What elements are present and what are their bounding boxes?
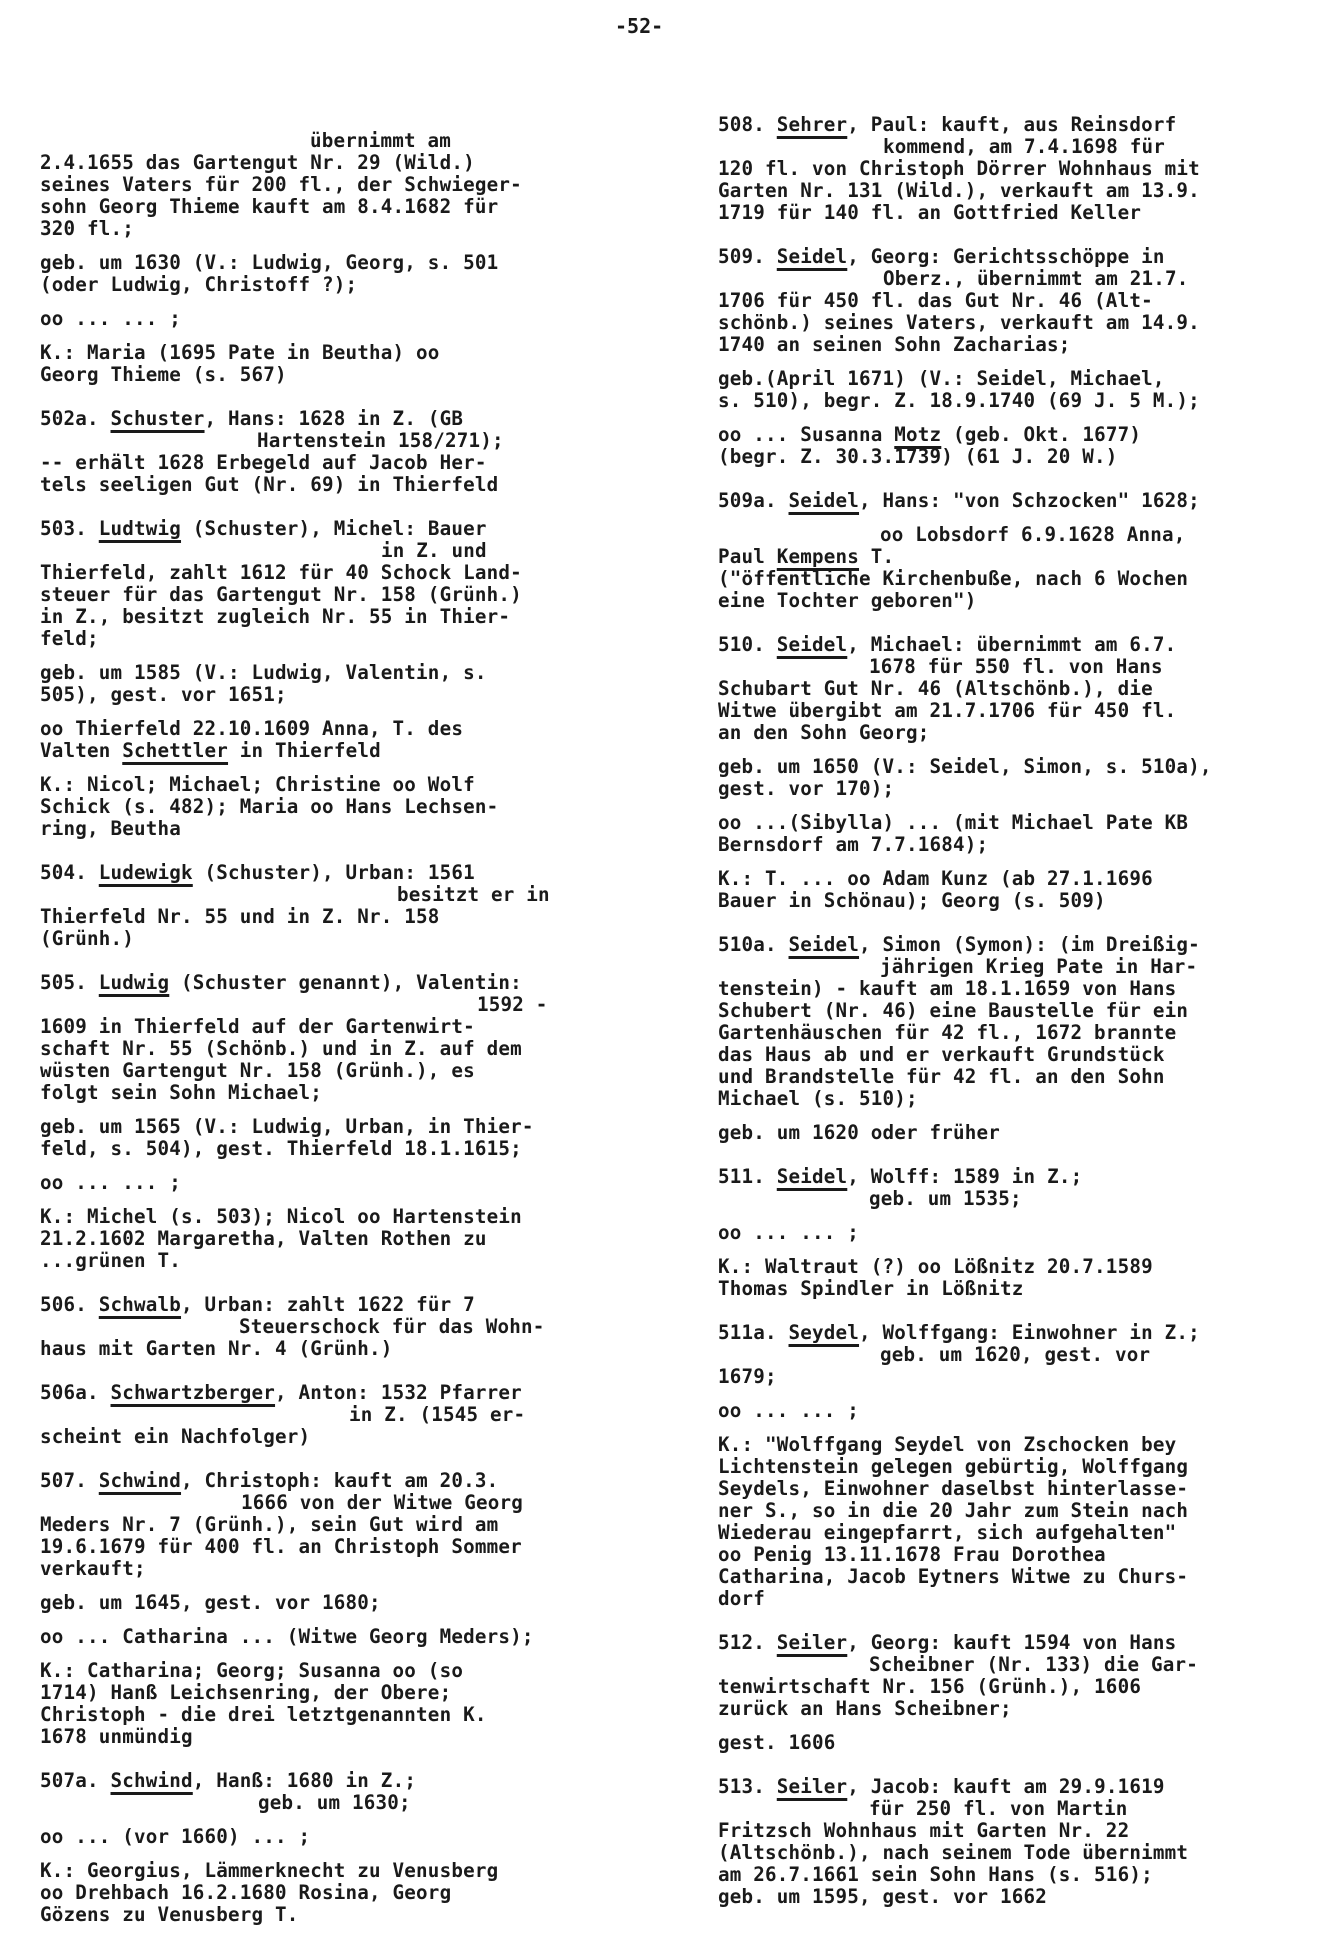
text-line: oo ... ... ; xyxy=(718,1400,859,1422)
text-line: geb. um 1630 (V.: Ludwig, Georg, s. 501 xyxy=(40,252,498,274)
text-line: geb. um 1650 (V.: Seidel, Simon, s. 510a… xyxy=(718,756,1212,778)
text-line: tenstein) - kauft am 18.1.1659 von Hans xyxy=(718,978,1176,1000)
text-line: 1714) Hanß Leichsenring, der Obere; xyxy=(40,1682,451,1704)
text-line: 1719 für 140 fl. an Gottfried Keller xyxy=(718,202,1141,224)
surname: Seidel xyxy=(777,1165,848,1188)
text-line: dorf xyxy=(718,1588,765,1610)
text-line: Oberz., übernimmt am 21.7. xyxy=(883,268,1189,290)
text-line: 21.2.1602 Margaretha, Valten Rothen zu xyxy=(40,1228,487,1250)
entry-text: , Georg: kauft 1594 von Hans xyxy=(847,1631,1176,1654)
entry-text: , Simon (Symon): (im Dreißig- xyxy=(859,933,1200,956)
text-line: Witwe übergibt am 21.7.1706 für 450 fl. xyxy=(718,700,1176,722)
text-line: in Z., besitzt zugleich Nr. 55 in Thier- xyxy=(40,606,510,628)
text-line: folgt sein Sohn Michael; xyxy=(40,1082,322,1104)
text-line: sohn Georg Thieme kauft am 8.4.1682 für xyxy=(40,196,498,218)
entry-number: 509a. xyxy=(718,489,789,512)
text-line: geb.(April 1671) (V.: Seidel, Michael, xyxy=(718,368,1165,390)
entry-number: 506a. xyxy=(40,1381,111,1404)
text-line: oo Penig 13.11.1678 Frau Dorothea xyxy=(718,1544,1106,1566)
text-line: tenwirtschaft Nr. 156 (Grünh.), 1606 xyxy=(718,1676,1141,1698)
text-line: am 26.7.1661 sein Sohn Hans (s. 516); xyxy=(718,1864,1153,1886)
surname: Schwind xyxy=(111,1769,193,1792)
text-line: für 250 fl. von Martin xyxy=(869,1798,1128,1820)
text-line: kommend, am 7.4.1698 für xyxy=(883,136,1165,158)
text-line: 1666 von der Witwe Georg xyxy=(241,1492,523,1514)
text-line: Georg Thieme (s. 567) xyxy=(40,364,287,386)
text-line: seines Vaters für 200 fl., der Schwieger… xyxy=(40,174,522,196)
text-line: (oder Ludwig, Christoff ?); xyxy=(40,274,357,296)
entry-number: 503. xyxy=(40,517,99,540)
text-line: oo Thierfeld 22.10.1609 Anna, T. des xyxy=(40,718,463,740)
text-line: 1678 unmündig xyxy=(40,1726,193,1748)
text-line: 120 fl. von Christoph Dörrer Wohnhaus mi… xyxy=(718,158,1200,180)
text-line: Schick (s. 482); Maria oo Hans Lechsen- xyxy=(40,796,498,818)
entry-number: 508. xyxy=(718,113,777,136)
text-line: geb. um 1595, gest. vor 1662 xyxy=(718,1886,1047,1908)
entry-number: 507a. xyxy=(40,1769,111,1792)
entry-text: , Christoph: kauft am 20.3. xyxy=(181,1469,498,1492)
text-line: feld, s. 504), gest. Thierfeld 18.1.1615… xyxy=(40,1138,522,1160)
entry-text: , Hans: 1628 in Z. (GB xyxy=(205,407,464,430)
text-line: Steuerschock für das Wohn- xyxy=(239,1316,545,1338)
text-line: 19.6.1679 für 400 fl. an Christoph Somme… xyxy=(40,1536,522,1558)
text-line: Thierfeld, zahlt 1612 für 40 Schock Land… xyxy=(40,562,522,584)
entry-text: (Schuster), Urban: 1561 xyxy=(193,861,475,884)
entry-number: 502a. xyxy=(40,407,111,430)
text-line: 1592 - xyxy=(477,994,548,1016)
entry-number: 507. xyxy=(40,1469,99,1492)
text-line: (Grünh.) xyxy=(40,928,134,950)
entry-heading: 506a. Schwartzberger, Anton: 1532 Pfarre… xyxy=(40,1382,522,1404)
text-line: oo ... Susanna Motz (geb. Okt. 1677) xyxy=(718,424,1141,446)
text-line: das Haus ab und er verkauft Grundstück xyxy=(718,1044,1165,1066)
entry-heading: 502a. Schuster, Hans: 1628 in Z. (GB xyxy=(40,408,463,430)
text-line: gest. 1606 xyxy=(718,1732,836,1754)
entry-text: (geb. Okt. 1677) xyxy=(941,423,1141,446)
surname: Seidel xyxy=(777,245,848,268)
text-line: oo ... ... ; xyxy=(40,308,181,330)
entry-heading: 511a. Seydel, Wolffgang: Einwohner in Z.… xyxy=(718,1322,1200,1344)
text-line: geb. um 1645, gest. vor 1680; xyxy=(40,1592,381,1614)
underlined-name: Motz xyxy=(894,423,941,446)
text-line: oo Drehbach 16.2.1680 Rosina, Georg xyxy=(40,1882,451,1904)
text-line: Christoph - die drei letztgenannten K. xyxy=(40,1704,487,1726)
text-line: 505), gest. vor 1651; xyxy=(40,684,287,706)
text-line: Schubert (Nr. 46) eine Baustelle für ein xyxy=(718,1000,1188,1022)
surname: Seidel xyxy=(777,633,848,656)
text-line: K.: Michel (s. 503); Nicol oo Hartenstei… xyxy=(40,1206,522,1228)
text-line: Bernsdorf am 7.7.1684); xyxy=(718,834,988,856)
text-line: steuer für das Gartengut Nr. 158 (Grünh.… xyxy=(40,584,522,606)
entry-number: 511. xyxy=(718,1165,777,1188)
text-line: oo Lobsdorf 6.9.1628 Anna, xyxy=(880,524,1186,546)
entry-heading: 512. Seiler, Georg: kauft 1594 von Hans xyxy=(718,1632,1176,1654)
text-line: Catharina, Jacob Eytners Witwe zu Churs- xyxy=(718,1566,1188,1588)
text-line: ner S., so in die 20 Jahr zum Stein nach xyxy=(718,1500,1188,1522)
entry-text: , Wolffgang: Einwohner in Z.; xyxy=(859,1321,1200,1344)
entry-text: (Schuster genannt), Valentin: xyxy=(169,971,522,994)
entry-heading: 503. Ludtwig (Schuster), Michel: Bauer xyxy=(40,518,487,540)
text-line: ...grünen T. xyxy=(40,1250,181,1272)
entry-text: (Schuster), Michel: Bauer xyxy=(181,517,487,540)
text-line: 2.4.1655 das Gartengut Nr. 29 (Wild.) xyxy=(40,152,475,174)
text-line: ("öffentliche Kirchenbuße, nach 6 Wochen xyxy=(718,568,1188,590)
text-line: (Altschönb.), nach seinem Tode übernimmt xyxy=(718,1842,1188,1864)
entry-text: , Anton: 1532 Pfarrer xyxy=(275,1381,522,1404)
entry-text: oo ... Susanna xyxy=(718,423,894,446)
surname: Seydel xyxy=(789,1321,860,1344)
text-line: Gartenhäuschen für 42 fl., 1672 brannte xyxy=(718,1022,1176,1044)
text-line: K.: T. ... oo Adam Kunz (ab 27.1.1696 xyxy=(718,868,1153,890)
entry-heading: 505. Ludwig (Schuster genannt), Valentin… xyxy=(40,972,522,994)
entry-heading: 513. Seiler, Jacob: kauft am 29.9.1619 xyxy=(718,1776,1165,1798)
text-line: geb. um 1585 (V.: Ludwig, Valentin, s. xyxy=(40,662,487,684)
entry-text: , Wolff: 1589 in Z.; xyxy=(847,1165,1082,1188)
text-line: Meders Nr. 7 (Grünh.), sein Gut wird am xyxy=(40,1514,498,1536)
text-line: geb. um 1535; xyxy=(869,1188,1022,1210)
text-line: K.: Waltraut (?) oo Lößnitz 20.7.1589 xyxy=(718,1256,1153,1278)
text-line: oo ...(Sibylla) ... (mit Michael Pate KB xyxy=(718,812,1188,834)
text-line: Fritzsch Wohnhaus mit Garten Nr. 22 xyxy=(718,1820,1129,1842)
surname: Seiler xyxy=(777,1775,848,1798)
entry-text: in Thierfeld xyxy=(228,739,381,762)
entry-heading: 509. Seidel, Georg: Gerichtsschöppe in xyxy=(718,246,1165,268)
text-line: Seydels, Einwohner daselbst hinterlasse- xyxy=(718,1478,1188,1500)
text-line: schönb.) seines Vaters, verkauft am 14.9… xyxy=(718,312,1200,334)
entry-text: T. xyxy=(859,545,894,568)
surname: Ludwig xyxy=(99,971,170,994)
text-line: Hartenstein 158/271); xyxy=(257,430,504,452)
text-line: in Z. (1545 er- xyxy=(349,1404,525,1426)
page-number: -52- xyxy=(615,14,663,38)
text-line: Michael (s. 510); xyxy=(718,1088,918,1110)
text-line: eine Tochter geboren") xyxy=(718,590,977,612)
surname: Schuster xyxy=(111,407,205,430)
text-line: Schubart Gut Nr. 46 (Altschönb.), die xyxy=(718,678,1153,700)
entry-heading: 508. Sehrer, Paul: kauft, aus Reinsdorf xyxy=(718,114,1176,136)
text-line: 1740 an seinen Sohn Zacharias; xyxy=(718,334,1071,356)
text-line: K.: Nicol; Michael; Christine oo Wolf xyxy=(40,774,475,796)
entry-text: , Jacob: kauft am 29.9.1619 xyxy=(847,1775,1164,1798)
text-line: schaft Nr. 55 (Schönb.) und in Z. auf de… xyxy=(40,1038,522,1060)
surname: Schwind xyxy=(99,1469,181,1492)
text-line: Valten Schettler in Thierfeld xyxy=(40,740,381,762)
surname: Seidel xyxy=(789,489,860,512)
surname: Schwalb xyxy=(99,1293,181,1316)
text-line: oo ... ... ; xyxy=(718,1222,859,1244)
entry-number: 509. xyxy=(718,245,777,268)
text-line: in Z. und xyxy=(381,540,487,562)
text-line: Scheibner (Nr. 133) die Gar- xyxy=(869,1654,1198,1676)
entry-heading: 504. Ludewigk (Schuster), Urban: 1561 xyxy=(40,862,475,884)
text-line: s. 510), begr. Z. 18.9.1740 (69 J. 5 M.)… xyxy=(718,390,1200,412)
surname: Sehrer xyxy=(777,113,848,136)
entry-number: 510a. xyxy=(718,933,789,956)
underlined-name: Schettler xyxy=(122,739,228,762)
text-line: K.: Georgius, Lämmerknecht zu Venusberg xyxy=(40,1860,498,1882)
text-line: jährigen Krieg Pate in Har- xyxy=(880,956,1197,978)
text-line: 1609 in Thierfeld auf der Gartenwirt- xyxy=(40,1016,475,1038)
text-line: -- erhält 1628 Erbegeld auf Jacob Her- xyxy=(40,452,487,474)
text-line: verkauft; xyxy=(40,1558,146,1580)
text-line: geb. um 1620 oder früher xyxy=(718,1122,1000,1144)
surname: Seidel xyxy=(789,933,860,956)
text-line: an den Sohn Georg; xyxy=(718,722,930,744)
entry-text: Paul xyxy=(718,545,777,568)
text-line: 1679; xyxy=(718,1366,777,1388)
entry-number: 511a. xyxy=(718,1321,789,1344)
text-line: geb. um 1630; xyxy=(258,1792,411,1814)
text-line: besitzt er in xyxy=(397,884,550,906)
entry-heading: 510. Seidel, Michael: übernimmt am 6.7. xyxy=(718,634,1176,656)
entry-heading: 510a. Seidel, Simon (Symon): (im Dreißig… xyxy=(718,934,1200,956)
text-line: haus mit Garten Nr. 4 (Grünh.) xyxy=(40,1338,393,1360)
text-line: K.: "Wolffgang Seydel von Zschocken bey xyxy=(718,1434,1176,1456)
entry-number: 504. xyxy=(40,861,99,884)
surname: Seiler xyxy=(777,1631,848,1654)
entry-number: 512. xyxy=(718,1631,777,1654)
text-line: geb. um 1620, gest. vor xyxy=(880,1344,1150,1366)
text-line: oo ... Catharina ... (Witwe Georg Meders… xyxy=(40,1626,534,1648)
text-line: 320 fl.; xyxy=(40,218,134,240)
text-line: Thomas Spindler in Lößnitz xyxy=(718,1278,1024,1300)
underlined-name: Kempens xyxy=(777,545,859,568)
surname: Ludewigk xyxy=(99,861,193,884)
entry-heading: 507a. Schwind, Hanß: 1680 in Z.; xyxy=(40,1770,416,1792)
entry-text: , Georg: Gerichtsschöppe in xyxy=(847,245,1164,268)
entry-text: , Paul: kauft, aus Reinsdorf xyxy=(847,113,1176,136)
text-line: K.: Maria (1695 Pate in Beutha) oo xyxy=(40,342,440,364)
text-line: oo ... (vor 1660) ... ; xyxy=(40,1826,310,1848)
text-line: Lichtenstein gelegen gebürtig, Wolffgang xyxy=(718,1456,1188,1478)
text-line: wüsten Gartengut Nr. 158 (Grünh.), es xyxy=(40,1060,475,1082)
text-line: Paul Kempens T. xyxy=(718,546,894,568)
text-line: Thierfeld Nr. 55 und in Z. Nr. 158 xyxy=(40,906,440,928)
text-line: scheint ein Nachfolger) xyxy=(40,1426,310,1448)
entry-number: 506. xyxy=(40,1293,99,1316)
entry-number: 510. xyxy=(718,633,777,656)
text-line: tels seeligen Gut (Nr. 69) in Thierfeld xyxy=(40,474,498,496)
surname: Ludtwig xyxy=(99,517,181,540)
text-line: Gözens zu Venusberg T. xyxy=(40,1904,299,1926)
entry-text: , Hanß: 1680 in Z.; xyxy=(193,1769,416,1792)
text-line: übernimmt am xyxy=(310,130,451,152)
entry-number: 505. xyxy=(40,971,99,994)
text-line: K.: Catharina; Georg; Susanna oo (so xyxy=(40,1660,463,1682)
text-line: zurück an Hans Scheibner; xyxy=(718,1698,1012,1720)
text-line: 1706 für 450 fl. das Gut Nr. 46 (Alt- xyxy=(718,290,1153,312)
text-line: geb. um 1565 (V.: Ludwig, Urban, in Thie… xyxy=(40,1116,534,1138)
text-line: (begr. Z. 30.3.1739) (61 J. 20 W.) xyxy=(718,446,1118,468)
text-line: feld; xyxy=(40,628,99,650)
text-line: Garten Nr. 131 (Wild.), verkauft am 13.9… xyxy=(718,180,1200,202)
surname: Schwartzberger xyxy=(111,1381,276,1404)
text-line: Wiederau eingepfarrt, sich aufgehalten" xyxy=(718,1522,1176,1544)
text-line: oo ... ... ; xyxy=(40,1172,181,1194)
entry-heading: 507. Schwind, Christoph: kauft am 20.3. xyxy=(40,1470,498,1492)
entry-text: , Hans: "von Schzocken" 1628; xyxy=(859,489,1200,512)
entry-number: 513. xyxy=(718,1775,777,1798)
text-line: gest. vor 170); xyxy=(718,778,894,800)
entry-text: , Michael: übernimmt am 6.7. xyxy=(847,633,1176,656)
text-line: 1678 für 550 fl. von Hans xyxy=(869,656,1163,678)
entry-text: , Urban: zahlt 1622 für 7 xyxy=(181,1293,475,1316)
text-line: und Brandstelle für 42 fl. an den Sohn xyxy=(718,1066,1165,1088)
entry-heading: 511. Seidel, Wolff: 1589 in Z.; xyxy=(718,1166,1082,1188)
text-line: Bauer in Schönau); Georg (s. 509) xyxy=(718,890,1106,912)
text-line: ring, Beutha xyxy=(40,818,181,840)
entry-heading: 509a. Seidel, Hans: "von Schzocken" 1628… xyxy=(718,490,1200,512)
entry-text: Valten xyxy=(40,739,122,762)
entry-heading: 506. Schwalb, Urban: zahlt 1622 für 7 xyxy=(40,1294,475,1316)
